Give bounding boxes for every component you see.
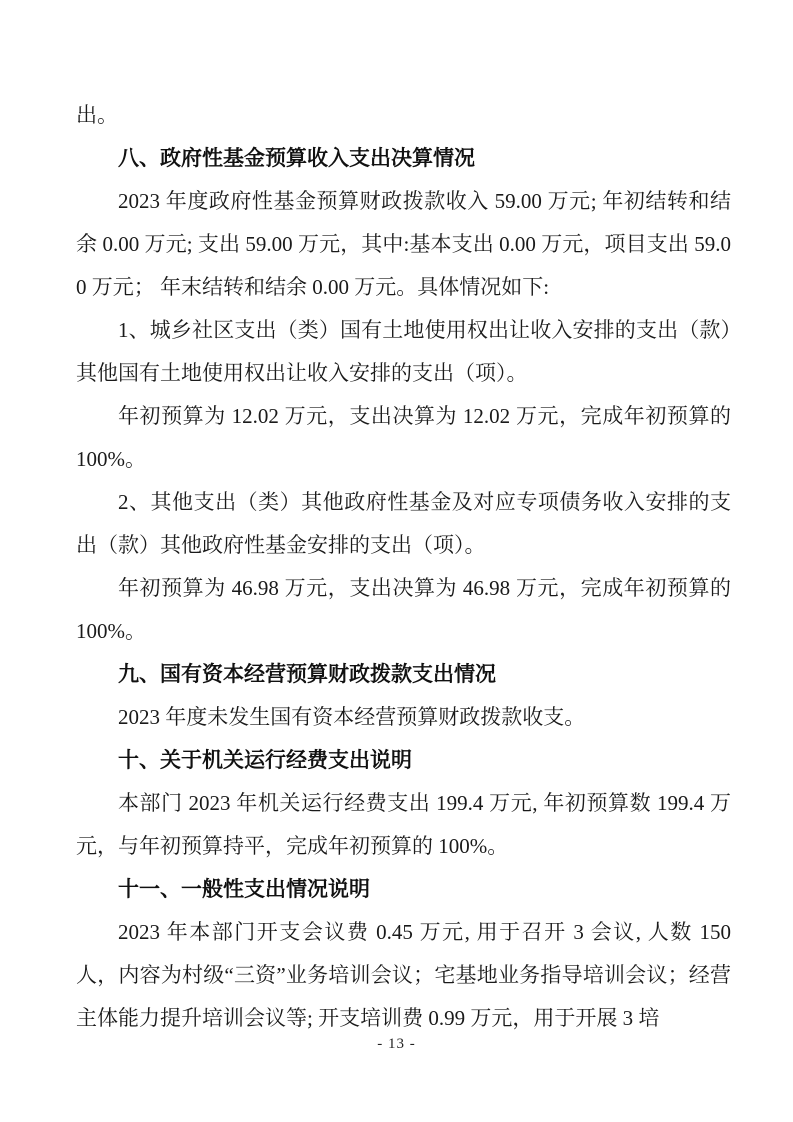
para-item-1-budget: 年初预算为 12.02 万元，支出决算为 12.02 万元，完成年初预算的 10… <box>76 395 731 481</box>
heading-section-8: 八、政府性基金预算收入支出决算情况 <box>76 137 731 180</box>
para-item-2-budget: 年初预算为 46.98 万元，支出决算为 46.98 万元，完成年初预算的 10… <box>76 567 731 653</box>
heading-section-9: 九、国有资本经营预算财政拨款支出情况 <box>76 653 731 696</box>
heading-section-10: 十、关于机关运行经费支出说明 <box>76 739 731 782</box>
document-page: 出。 八、政府性基金预算收入支出决算情况 2023 年度政府性基金预算财政拨款收… <box>0 0 793 1122</box>
para-continuation: 出。 <box>76 94 731 137</box>
para-govfund-overview: 2023 年度政府性基金预算财政拨款收入 59.00 万元; 年初结转和结余 0… <box>76 180 731 309</box>
para-general-expense: 2023 年本部门开支会议费 0.45 万元, 用于召开 3 会议, 人数 15… <box>76 911 731 1040</box>
page-number: - 13 - <box>0 1034 793 1054</box>
para-item-2: 2、其他支出（类）其他政府性基金及对应专项债务收入安排的支出（款）其他政府性基金… <box>76 481 731 567</box>
para-state-capital: 2023 年度未发生国有资本经营预算财政拨款收支。 <box>76 696 731 739</box>
heading-section-11: 十一、一般性支出情况说明 <box>76 868 731 911</box>
para-item-1: 1、城乡社区支出（类）国有土地使用权出让收入安排的支出（款）其他国有土地使用权出… <box>76 309 731 395</box>
para-operating-expense: 本部门 2023 年机关运行经费支出 199.4 万元, 年初预算数 199.4… <box>76 782 731 868</box>
